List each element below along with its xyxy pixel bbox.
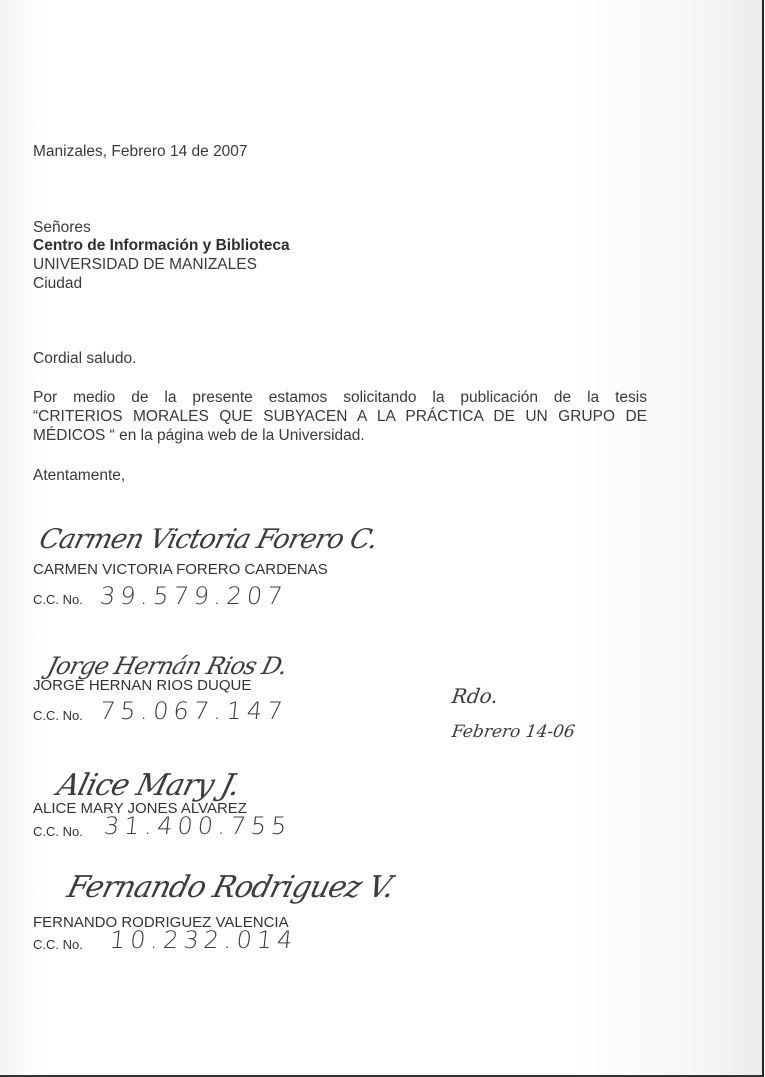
body-line: Por medio de la presente estamos solicit… <box>33 388 647 407</box>
id-label: C.C. No. <box>33 937 83 952</box>
body-line: MÉDICOS “ en la página web de la Univers… <box>33 426 647 445</box>
scanned-letter-page: Manizales, Febrero 14 de 2007 Señores Ce… <box>0 0 764 1077</box>
body-line: “CRITERIOS MORALES QUE SUBYACEN A LA PRÁ… <box>33 407 647 426</box>
handwritten-id-number: 75.067.147 <box>99 697 289 725</box>
handwritten-id-number: 39.579.207 <box>99 582 289 610</box>
handwritten-id-number: 31.400.755 <box>103 812 293 840</box>
received-note-date: Febrero 14-06 <box>451 722 577 742</box>
handwritten-id-number: 10.232.014 <box>109 926 299 954</box>
closing: Atentamente, <box>33 466 125 485</box>
recipient-institution: UNIVERSIDAD DE MANIZALES <box>33 255 257 274</box>
recipient-salutation: Señores <box>33 218 91 237</box>
handwritten-signature: Jorge Hernán Rios D. <box>45 652 290 680</box>
handwritten-signature: Carmen Victoria Forero C. <box>36 524 380 555</box>
signatory-name: JORGE HERNAN RIOS DUQUE <box>33 677 251 695</box>
signatory-name: CARMEN VICTORIA FORERO CARDENAS <box>33 561 328 579</box>
handwritten-signature: Fernando Rodriguez V. <box>64 870 398 905</box>
received-note-label: Rdo. <box>450 684 499 708</box>
id-label: C.C. No. <box>33 824 83 839</box>
greeting: Cordial saludo. <box>33 349 136 368</box>
recipient-organization: Centro de Información y Biblioteca <box>33 236 290 255</box>
body-paragraph: Por medio de la presente estamos solicit… <box>33 388 647 445</box>
id-label: C.C. No. <box>33 708 83 723</box>
handwritten-signature: Alice Mary J. <box>54 768 243 803</box>
id-label: C.C. No. <box>33 592 83 607</box>
place-date: Manizales, Febrero 14 de 2007 <box>33 142 248 161</box>
recipient-city: Ciudad <box>33 274 82 293</box>
